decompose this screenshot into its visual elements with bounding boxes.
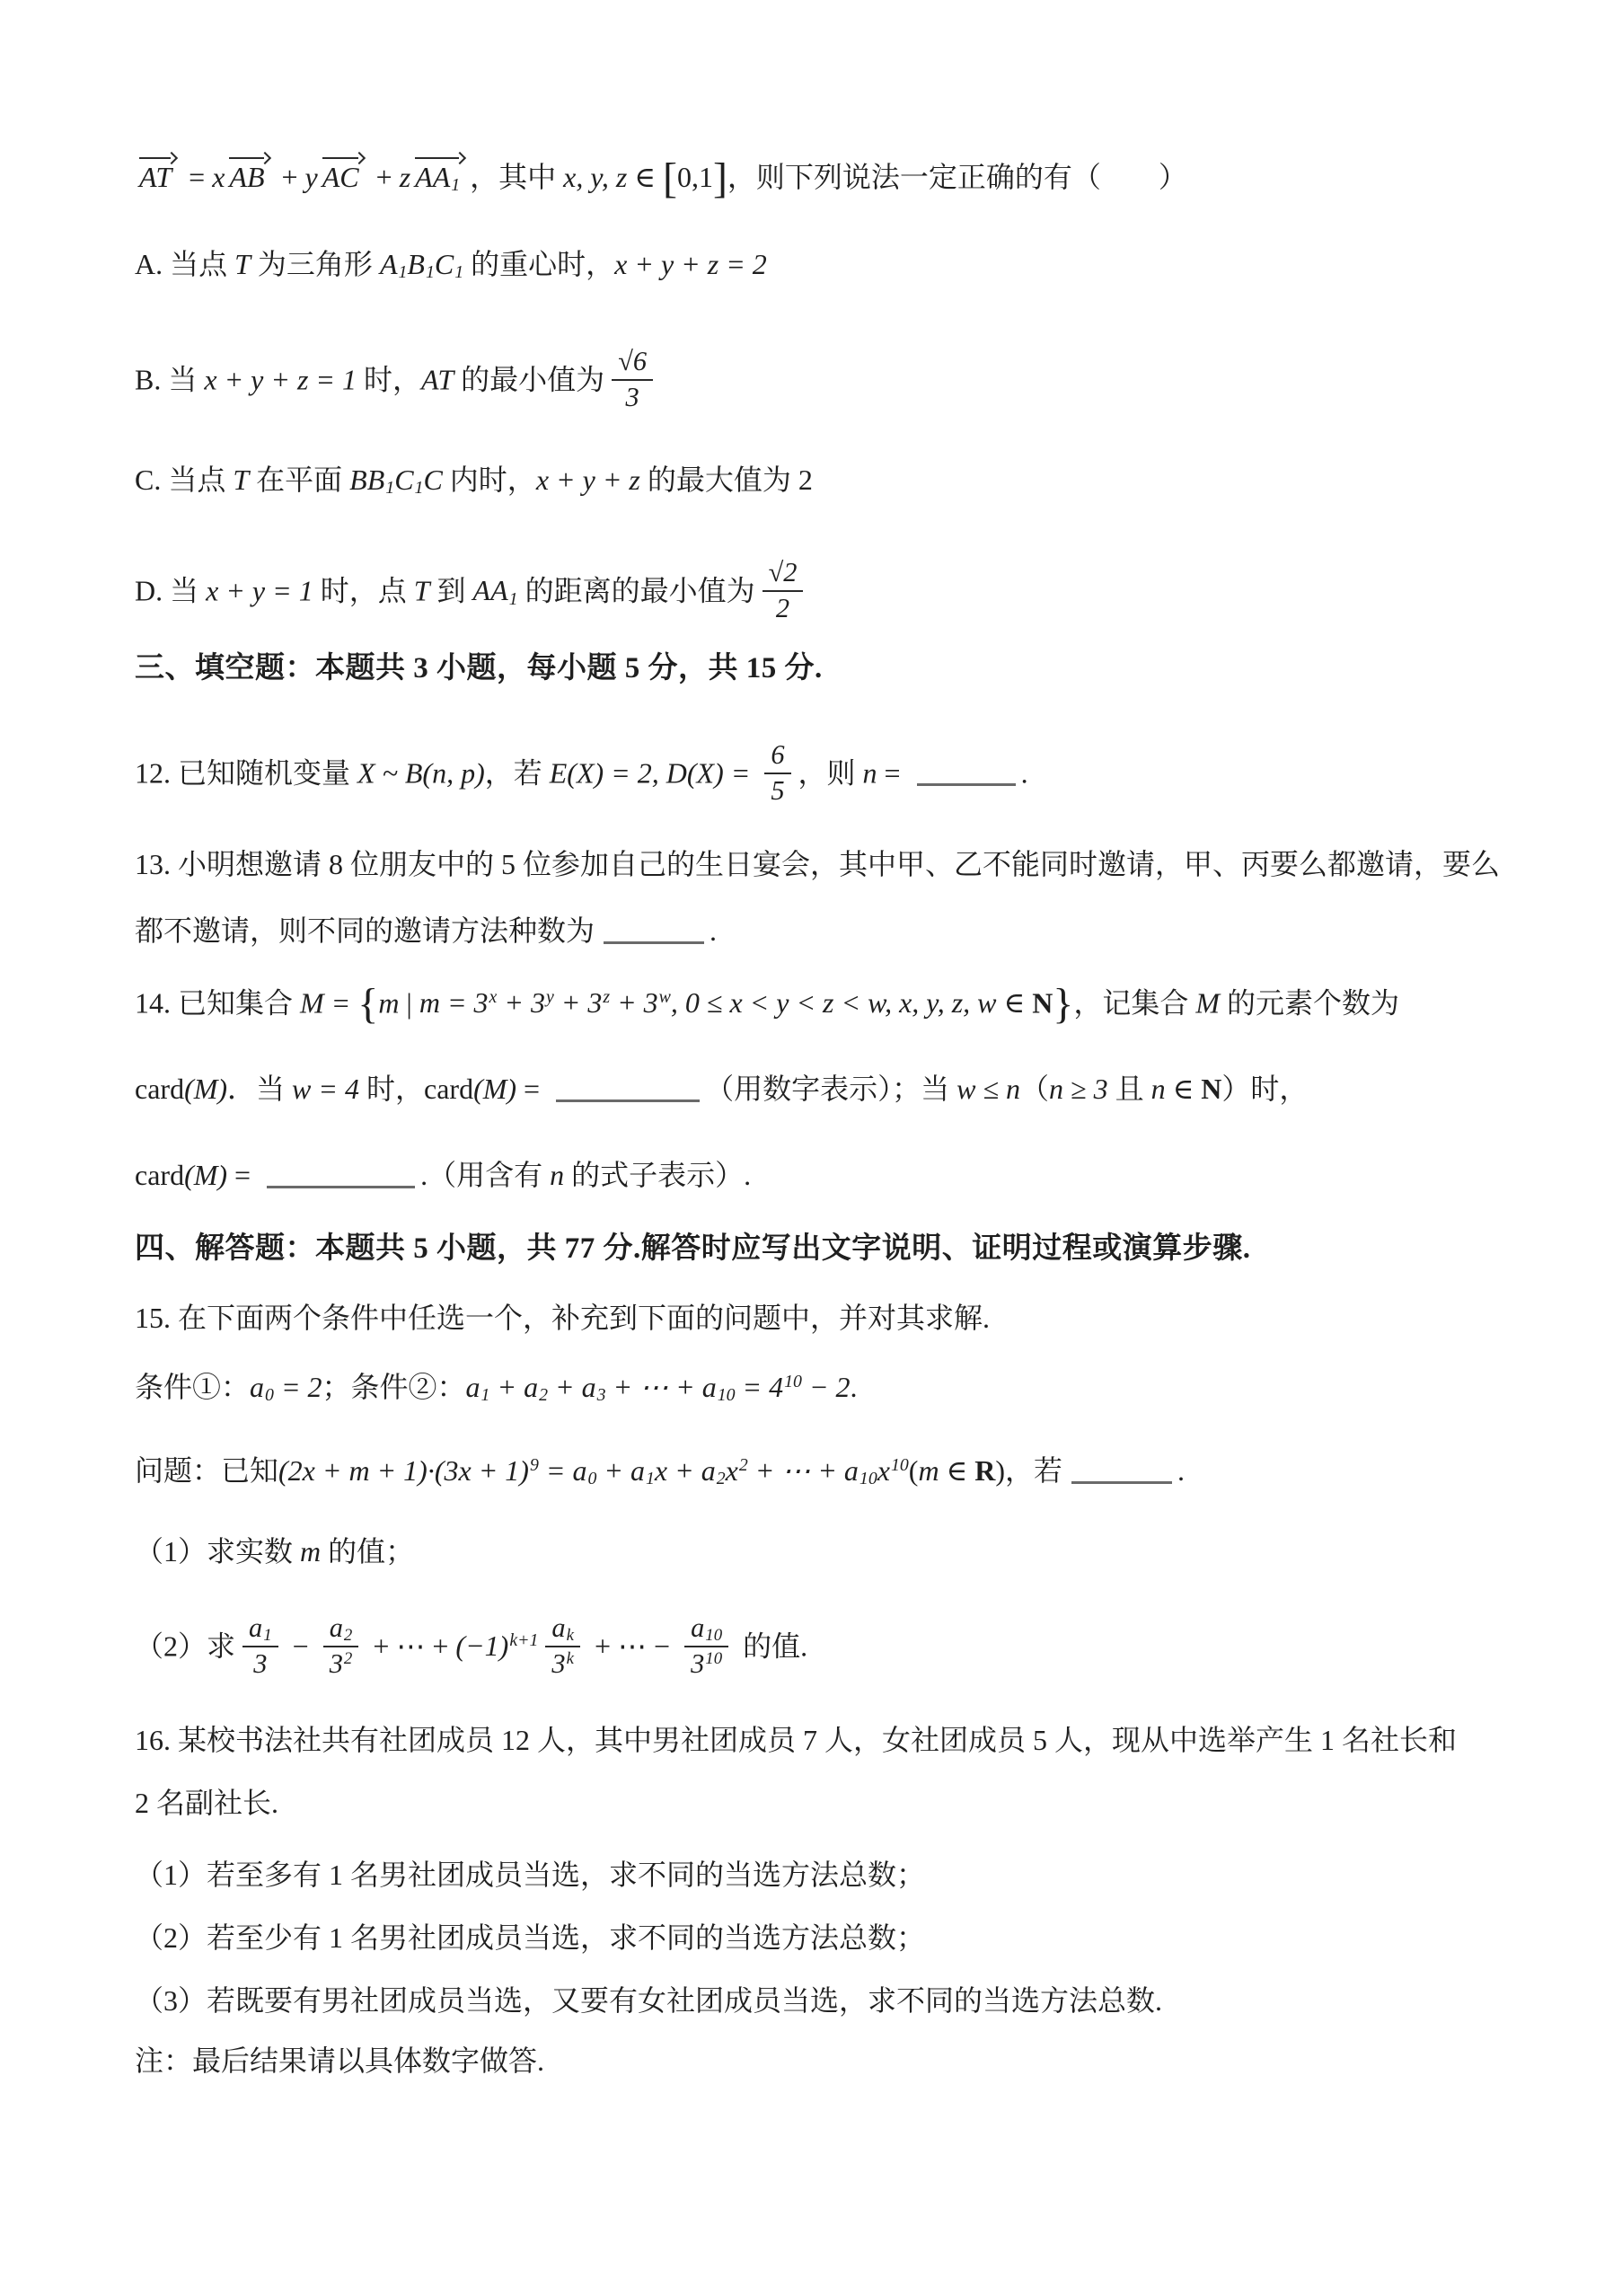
math-run: T [234, 248, 251, 280]
text-run: 小明想邀请 8 位朋友中的 5 位参加自己的生日宴会，其中甲、乙不能同时邀请，甲… [178, 848, 1500, 880]
q12: 12. 已知随机变量 X ~ B(n, p)，若 E(X) = 2, D(X) … [135, 744, 1028, 808]
vector-with-arrow: AT [137, 151, 180, 191]
q15-part1: （1）求实数 m 的值； [135, 1532, 414, 1571]
text-run: 当 [170, 574, 206, 606]
subscript: 1 [454, 262, 463, 282]
grouping-symbol: [ [663, 155, 677, 202]
choice-d: D. 当 x + y = 1 时，点 T 到 AA1 的距离的最小值为√22 [135, 561, 810, 626]
blank-underline [917, 778, 1016, 786]
math-run: a1 + a2 + a3 + ⋯ + a10 = 410 − 2 [466, 1371, 851, 1403]
fraction-numerator: a10 [684, 1614, 728, 1647]
text-run: 时， [359, 1073, 424, 1105]
text-run: （2）求 [135, 1629, 235, 1662]
math-run: T [233, 464, 249, 496]
fraction-denominator: 3k [545, 1647, 580, 1679]
math-run: (M) [184, 1073, 227, 1105]
text-run: 的式子表示）. [564, 1159, 751, 1191]
q16-part1: （1）若至多有 1 名男社团成员当选，求不同的当选方法总数； [135, 1855, 925, 1894]
subscript: 0 [265, 1385, 274, 1405]
blank-underline [556, 1094, 700, 1102]
exam-content: AT = xAB + yAC + zAA1，其中 x, y, z ∈ [0,1]… [0, 0, 1622, 2296]
subscript: 1 [415, 478, 424, 498]
text-run: 注：最后结果请以具体数字做答. [135, 2044, 544, 2077]
subscript: 0 [587, 1469, 596, 1488]
text-run: 在下面两个条件中任选一个，补充到下面的问题中，并对其求解. [178, 1302, 990, 1334]
text-run: 已知集合 [178, 986, 300, 1019]
q16-line2: 2 名副社长. [135, 1783, 278, 1823]
math-roman-run: D. [135, 574, 170, 606]
text-run: ）时， [1221, 1073, 1308, 1105]
vector-with-arrow: AB [226, 151, 272, 191]
subscript: k [567, 1626, 574, 1645]
math-run: M [1195, 986, 1220, 1019]
q11-stem: AT = xAB + yAC + zAA1，其中 x, y, z ∈ [0,1]… [135, 151, 1187, 200]
vector-with-arrow: AA1 [412, 151, 468, 191]
q15-conditions: 条件①：a0 = 2；条件②：a1 + a2 + a3 + ⋯ + a10 = … [135, 1367, 858, 1407]
fraction-numerator: a1 [242, 1614, 278, 1647]
math-run: x [212, 161, 225, 193]
text-run: 的重心时， [463, 248, 614, 280]
text-run: 在平面 [249, 464, 349, 496]
text-run: ，其中 [470, 161, 563, 193]
fraction-denominator: 32 [323, 1647, 359, 1679]
q15-part2: （2）求a13 − a232 + ⋯ + (−1)k+1ak3k + ⋯ − a… [135, 1617, 807, 1682]
math-bold-run: R [974, 1454, 995, 1487]
text-run: .（用含有 [420, 1159, 550, 1191]
text-run: 当点 [168, 464, 233, 496]
math-roman-run: ( [909, 1454, 919, 1487]
math-roman-run: 14. [135, 986, 178, 1019]
subscript: 1 [451, 175, 460, 195]
text-run: 且 [1108, 1073, 1151, 1105]
q16-part3: （3）若既要有男社团成员当选，又要有女社团成员当选，求不同的当选方法总数. [135, 1981, 1162, 2020]
math-roman-run: card [135, 1073, 184, 1105]
fraction: √22 [763, 559, 804, 623]
math-roman-run: + [369, 161, 400, 193]
grouping-symbol: ] [713, 155, 727, 202]
text-run: （1）若至多有 1 名男社团成员当选，求不同的当选方法总数； [135, 1859, 925, 1891]
math-run: n [863, 756, 877, 789]
subscript: 1 [509, 589, 518, 609]
fraction: √63 [612, 348, 653, 412]
fraction: 65 [764, 741, 790, 806]
math-run: (M) [184, 1159, 227, 1191]
superscript: 9 [530, 1455, 539, 1475]
math-run: BB1C1C [349, 464, 443, 496]
math-run: (M) [473, 1073, 516, 1105]
math-run: E(X) = 2, D(X) = [550, 756, 758, 789]
subscript: 1 [385, 478, 394, 498]
superscript: 10 [784, 1372, 802, 1391]
text-run: 已知随机变量 [178, 756, 357, 789]
math-bold-run: N [1201, 1073, 1221, 1105]
math-roman-run: card [135, 1159, 184, 1191]
blank-underline [604, 936, 704, 944]
math-run: x + y + z = 2 [614, 248, 767, 280]
math-roman-run: | [399, 986, 419, 1019]
math-run: x + y + z [536, 464, 640, 496]
q14-line3: card(M) = .（用含有 n 的式子表示）. [135, 1155, 751, 1195]
grouping-symbol: } [1053, 980, 1073, 1028]
math-roman-run: 16. [135, 1724, 178, 1756]
q16-note: 注：最后结果请以具体数字做答. [135, 2041, 544, 2080]
q14-line1: 14. 已知集合 M = {m | m = 3x + 3y + 3z + 3w,… [135, 983, 1399, 1026]
math-run: (−1)k+1 [455, 1629, 538, 1662]
superscript: z [603, 987, 610, 1007]
text-run: 都不邀请，则不同的邀请方法种数为 [135, 914, 595, 947]
math-roman-run: 13. [135, 848, 178, 880]
math-roman-run: . [1021, 756, 1028, 789]
math-roman-run: C. [135, 464, 168, 496]
math-run: w ≤ n [956, 1073, 1020, 1105]
text-run: 当点 [170, 248, 234, 280]
math-run: m ∈ [918, 1454, 974, 1487]
text-run: ，若 [1005, 1454, 1062, 1487]
text-run: 的元素个数为 [1220, 986, 1399, 1019]
text-run: 某校书法社共有社团成员 12 人，其中男社团成员 7 人，女社团成员 5 人，现… [178, 1724, 1457, 1756]
math-run: AT [421, 363, 454, 395]
text-run: 的最大值为 2 [640, 464, 813, 496]
math-run: T [414, 574, 430, 606]
fraction: a232 [323, 1614, 359, 1679]
superscript: 10 [891, 1455, 909, 1475]
math-roman-run: ) [995, 1454, 1005, 1487]
exam-paper-page: AT = xAB + yAC + zAA1，其中 x, y, z ∈ [0,1]… [0, 0, 1622, 2296]
math-roman-run: = [877, 756, 908, 789]
superscript: x [489, 987, 498, 1007]
math-roman-run: 12. [135, 756, 178, 789]
subscript: 10 [859, 1469, 877, 1488]
blank-underline [267, 1180, 415, 1188]
math-run: (2x + m + 1)·(3x + 1)9 = a0 + a1x + a2x2… [278, 1454, 909, 1487]
fraction-denominator: 5 [764, 774, 790, 806]
math-run: m = 3x + 3y + 3z + 3w, 0 ≤ x < y < z < w… [419, 986, 1032, 1019]
q16-part2: （2）若至少有 1 名男社团成员当选，求不同的当选方法总数； [135, 1918, 925, 1957]
q16-line1: 16. 某校书法社共有社团成员 12 人，其中男社团成员 7 人，女社团成员 5… [135, 1720, 1457, 1760]
subscript: 2 [539, 1385, 548, 1405]
superscript: k+1 [509, 1630, 538, 1650]
math-run: y [305, 161, 318, 193]
text-run: 2 名副社长. [135, 1787, 278, 1819]
text-run: ；条件②： [322, 1371, 466, 1403]
math-roman-run: = [516, 1073, 547, 1105]
text-run: （3）若既要有男社团成员当选，又要有女社团成员当选，求不同的当选方法总数. [135, 1984, 1162, 2017]
blank-underline [1071, 1476, 1172, 1484]
subscript: 1 [263, 1626, 271, 1645]
text-run: 条件①： [135, 1371, 250, 1403]
text-run: 到 [430, 574, 473, 606]
fraction-denominator: 2 [763, 592, 804, 623]
superscript: w [659, 987, 671, 1007]
subscript: 2 [717, 1469, 726, 1488]
choice-b: B. 当 x + y + z = 1 时，AT 的最小值为√63 [135, 350, 660, 415]
fraction-numerator: 6 [764, 741, 790, 774]
subscript: 10 [718, 1385, 736, 1405]
math-roman-run: + [275, 161, 305, 193]
fraction: a13 [242, 1614, 278, 1679]
choice-a: A. 当点 T 为三角形 A1B1C1 的重心时，x + y + z = 2 [135, 244, 767, 284]
text-run: 的值； [321, 1535, 414, 1567]
section-3-header: 三、填空题：本题共 3 小题，每小题 5 分，共 15 分. [135, 649, 823, 688]
fraction-denominator: 310 [684, 1647, 728, 1679]
q15-problem: 问题：已知(2x + m + 1)·(3x + 1)9 = a0 + a1x +… [135, 1451, 1185, 1490]
math-run: x + y + z = 1 [204, 363, 357, 395]
math-roman-run: + ⋯ + [366, 1629, 455, 1662]
fraction-denominator: 3 [612, 381, 653, 412]
text-run: 四、解答题：本题共 5 小题，共 77 分.解答时应写出文字说明、证明过程或演算… [135, 1232, 1251, 1265]
math-run: m [378, 986, 399, 1019]
math-run: X ~ B(n, p) [357, 756, 485, 789]
math-run: A1B1C1 [380, 248, 463, 280]
math-roman-run: A. [135, 248, 170, 280]
fraction-numerator: √2 [763, 559, 804, 592]
math-run: n [550, 1159, 564, 1191]
text-run: 内时， [443, 464, 536, 496]
choice-c: C. 当点 T 在平面 BB1C1C 内时，x + y + z 的最大值为 2 [135, 460, 813, 499]
superscript: 2 [344, 1649, 352, 1668]
math-roman-run: = [227, 1159, 258, 1191]
vector-with-arrow: AC [320, 151, 367, 191]
math-run: AA1 [473, 574, 518, 606]
math-bold-run: N [1032, 986, 1053, 1019]
math-run: z [400, 161, 410, 193]
math-roman-run: card [424, 1073, 473, 1105]
text-run: ，若 [485, 756, 550, 789]
math-roman-run: . [1177, 1454, 1185, 1487]
text-run: 时， [357, 363, 421, 395]
text-run: （ [1020, 1073, 1049, 1105]
text-run: 问题：已知 [135, 1454, 278, 1487]
text-run: 时，点 [313, 574, 414, 606]
subscript: 1 [481, 1385, 490, 1405]
math-run: m [300, 1535, 321, 1567]
math-roman-run: . [710, 914, 717, 947]
superscript: 2 [739, 1455, 748, 1475]
subscript: 1 [426, 262, 435, 282]
math-run: n ∈ [1151, 1073, 1202, 1105]
subscript: 3 [597, 1385, 606, 1405]
grouping-symbol: { [357, 980, 378, 1028]
superscript: 10 [705, 1649, 722, 1668]
text-run: 为三角形 [251, 248, 380, 280]
math-roman-run: 15. [135, 1302, 178, 1334]
q14-line2: card(M)．当 w = 4 时，card(M) = （用数字表示）；当 w … [135, 1069, 1308, 1108]
text-run: （2）若至少有 1 名男社团成员当选，求不同的当选方法总数； [135, 1921, 925, 1954]
fraction: ak3k [545, 1614, 580, 1679]
math-roman-run: = [181, 161, 212, 193]
text-run: ．当 [227, 1073, 292, 1105]
math-run: a0 = 2 [250, 1371, 322, 1403]
math-run: n ≥ 3 [1049, 1073, 1108, 1105]
text-run: 当 [168, 363, 204, 395]
fraction-numerator: ak [545, 1614, 580, 1647]
text-run: ，则 [798, 756, 863, 789]
text-run: ，则下列说法一定正确的有（ ） [727, 161, 1187, 193]
superscript: y [546, 987, 554, 1007]
text-run: 三、填空题：本题共 3 小题，每小题 5 分，共 15 分. [135, 652, 823, 684]
math-run: x, y, z ∈ [563, 161, 663, 193]
math-run: w = 4 [292, 1073, 359, 1105]
text-run: 的值. [736, 1629, 807, 1662]
q13-line2: 都不邀请，则不同的邀请方法种数为. [135, 911, 717, 950]
subscript: 2 [344, 1626, 352, 1645]
text-run: 的最小值为 [454, 363, 604, 395]
subscript: 1 [398, 262, 407, 282]
math-roman-run: 0,1 [677, 161, 713, 193]
subscript: 1 [646, 1469, 655, 1488]
text-run: ，记集合 [1073, 986, 1195, 1019]
section-4-header: 四、解答题：本题共 5 小题，共 77 分.解答时应写出文字说明、证明过程或演算… [135, 1229, 1251, 1268]
math-run: x + y = 1 [206, 574, 313, 606]
fraction: a10310 [684, 1614, 728, 1679]
text-run: 的距离的最小值为 [518, 574, 755, 606]
text-run: （1）求实数 [135, 1535, 300, 1567]
math-roman-run: − [286, 1629, 316, 1662]
fraction-numerator: a2 [323, 1614, 359, 1647]
q13-line1: 13. 小明想邀请 8 位朋友中的 5 位参加自己的生日宴会，其中甲、乙不能同时… [135, 844, 1500, 884]
text-run: （用数字表示）；当 [705, 1073, 956, 1105]
fraction-denominator: 3 [242, 1647, 278, 1679]
math-roman-run: B. [135, 363, 168, 395]
fraction-numerator: √6 [612, 348, 653, 381]
math-run: M = [300, 986, 357, 1019]
superscript: k [567, 1649, 574, 1668]
q15-intro: 15. 在下面两个条件中任选一个，补充到下面的问题中，并对其求解. [135, 1298, 990, 1338]
math-roman-run: + ⋯ − [587, 1629, 677, 1662]
subscript: 10 [705, 1626, 722, 1645]
math-roman-run: . [851, 1371, 858, 1403]
